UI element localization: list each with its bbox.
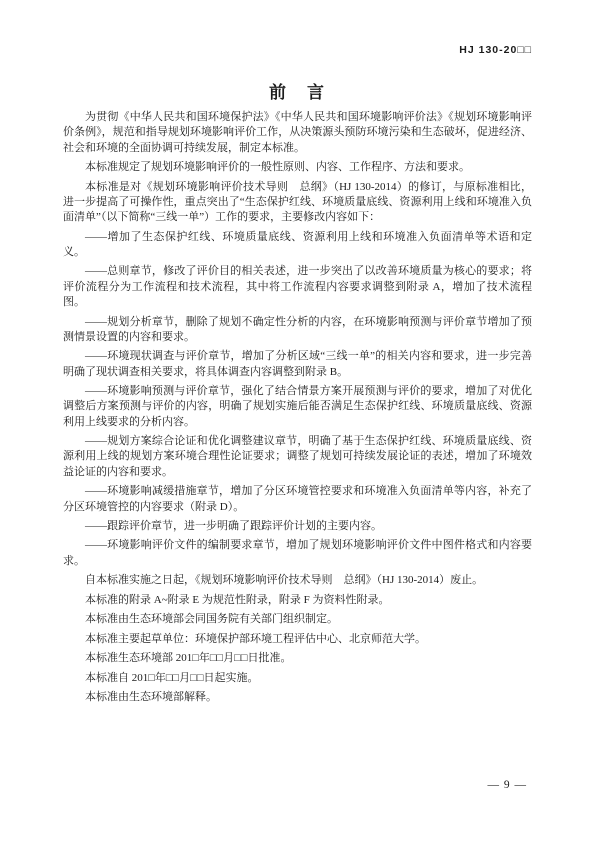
paragraph: 本标准由生态环境部解释。 [63,690,532,705]
page-title: 前 言 [0,78,595,103]
paragraph-bullet: ——规划分析章节，删除了规划不确定性分析的内容，在环境影响预测与评价章节增加了预… [63,315,532,346]
paragraph-bullet: ——增加了生态保护红线、环境质量底线、资源利用上线和环境准入负面清单等术语和定义… [63,230,532,261]
paragraph: 本标准是对《规划环境影响评价技术导则 总纲》（HJ 130-2014）的修订，与… [63,180,532,226]
paragraph-bullet: ——环境影响评价文件的编制要求章节，增加了规划环境影响评价文件中图件格式和内容要… [63,538,532,569]
paragraph: 自本标准实施之日起，《规划环境影响评价技术导则 总纲》（HJ 130-2014）… [63,573,532,588]
paragraph-bullet: ——环境影响减缓措施章节，增加了分区环境管控要求和环境准入负面清单等内容，补充了… [63,484,532,515]
paragraph: 本标准的附录 A~附录 E 为规范性附录，附录 F 为资料性附录。 [63,593,532,608]
paragraph: 本标准生态环境部 201□年□□月□□日批准。 [63,651,532,666]
paragraph: 本标准规定了规划环境影响评价的一般性原则、内容、工作程序、方法和要求。 [63,160,532,175]
page-number: — 9 — [488,779,528,791]
paragraph-bullet: ——总则章节，修改了评价目的相关表述，进一步突出了以改善环境质量为核心的要求；将… [63,264,532,310]
paragraph-bullet: ——环境现状调查与评价章节，增加了分析区域“三线一单”的相关内容和要求，进一步完… [63,349,532,380]
page-header: HJ 130-20□□ [63,40,532,58]
paragraph: 本标准主要起草单位：环境保护部环境工程评估中心、北京师范大学。 [63,632,532,647]
paragraph: 为贯彻《中华人民共和国环境保护法》《中华人民共和国环境影响评价法》《规划环境影响… [63,110,532,156]
document-page: HJ 130-20□□ 前 言 为贯彻《中华人民共和国环境保护法》《中华人民共和… [0,0,595,841]
paragraph: 本标准由生态环境部会同国务院有关部门组织制定。 [63,612,532,627]
page-footer: — 9 — [488,779,528,791]
paragraph-bullet: ——跟踪评价章节，进一步明确了跟踪评价计划的主要内容。 [63,519,532,534]
paragraph-bullet: ——环境影响预测与评价章节，强化了结合情景方案开展预测与评价的要求，增加了对优化… [63,384,532,430]
paragraph-bullet: ——规划方案综合论证和优化调整建议章节，明确了基于生态保护红线、环境质量底线、资… [63,434,532,480]
standard-number: HJ 130-20□□ [459,44,532,56]
preface-body: 为贯彻《中华人民共和国环境保护法》《中华人民共和国环境影响评价法》《规划环境影响… [63,110,532,710]
paragraph: 本标准自 201□年□□月□□日起实施。 [63,671,532,686]
